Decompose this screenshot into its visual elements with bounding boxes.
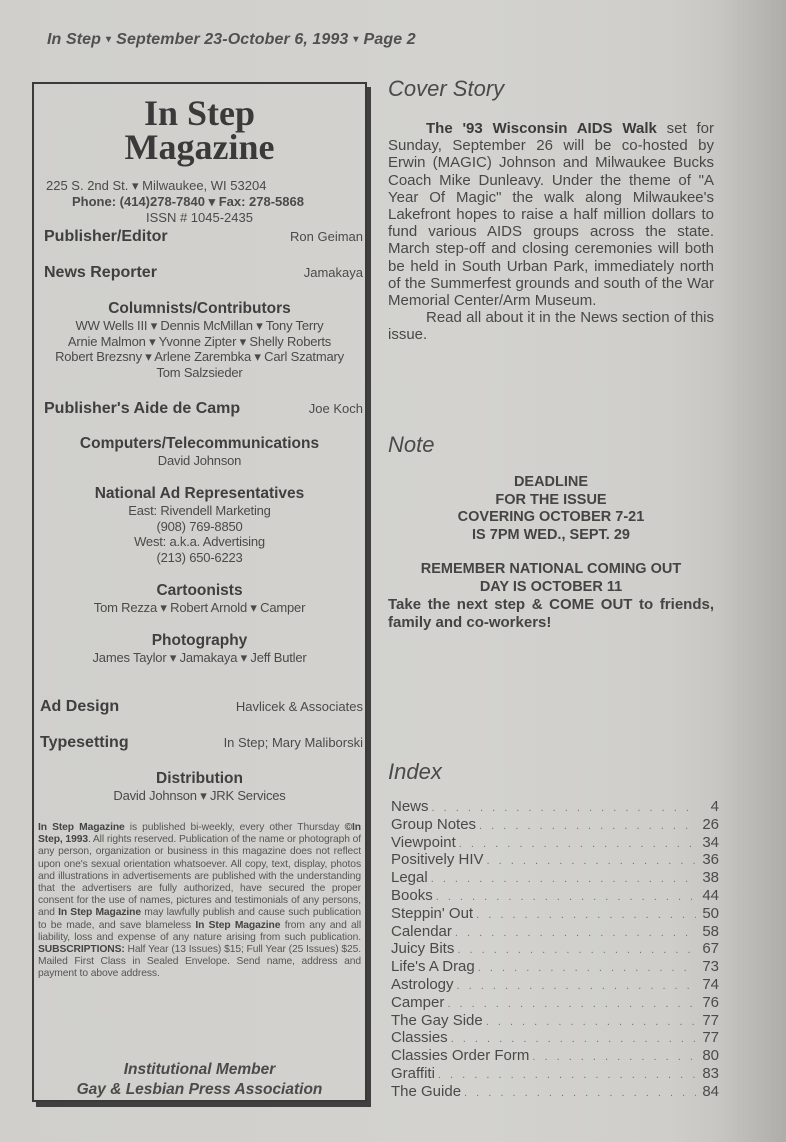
staff-name: In Step; Mary Maliborski <box>224 735 363 750</box>
cover-story-heading: Cover Story <box>388 76 504 102</box>
section-line: Tom Rezza ▾ Robert Arnold ▾ Camper <box>34 600 365 616</box>
index-item: Graffiti83 <box>391 1065 719 1083</box>
index-item: News4 <box>391 798 719 816</box>
staff-role: Publisher/Editor <box>44 228 168 246</box>
section-heading: Photography <box>34 632 365 650</box>
index-item: Calendar58 <box>391 923 719 941</box>
dot-leader <box>455 927 696 939</box>
index-item: Group Notes26 <box>391 816 719 834</box>
triangle-bullet-icon: ▾ <box>353 34 358 45</box>
section-photography: Photography James Taylor ▾ Jamakaya ▾ Je… <box>34 632 365 666</box>
deadline-line: IS 7PM WED., SEPT. 29 <box>388 527 714 545</box>
cover-story-body: The '93 Wisconsin AIDS Walk set for Sund… <box>388 120 714 344</box>
section-heading: Computers/Telecommunications <box>34 435 365 453</box>
index-item-name: Classies <box>391 1029 448 1046</box>
section-computers: Computers/Telecommunications David Johns… <box>34 435 365 469</box>
staff-row-typesetting: Typesetting In Step; Mary Maliborski <box>40 734 363 752</box>
dot-leader <box>457 980 696 992</box>
masthead-address: 225 S. 2nd St. ▾ Milwaukee, WI 53204 <box>46 178 266 194</box>
masthead-box: In Step Magazine 225 S. 2nd St. ▾ Milwau… <box>32 82 367 1102</box>
story-text: set for Sunday, September 26 will be co-… <box>388 120 714 309</box>
section-line: David Johnson ▾ JRK Services <box>34 788 365 804</box>
masthead-issn: ISSN # 1045-2435 <box>34 210 365 225</box>
folio-page: Page 2 <box>364 31 416 48</box>
index-item: Classies Order Form80 <box>391 1047 719 1065</box>
index-item: The Gay Side77 <box>391 1012 719 1030</box>
section-line: (213) 650-6223 <box>34 550 365 566</box>
staff-row-aide-de-camp: Publisher's Aide de Camp Joe Koch <box>44 400 363 418</box>
section-cartoonists: Cartoonists Tom Rezza ▾ Robert Arnold ▾ … <box>34 582 365 616</box>
folio-publication: In Step <box>47 31 101 48</box>
index-item-name: Graffiti <box>391 1065 435 1082</box>
section-line: West: a.k.a. Advertising <box>34 534 365 550</box>
index-item: The Guide84 <box>391 1083 719 1101</box>
index-item-name: Positively HIV <box>391 851 484 868</box>
staff-role: Publisher's Aide de Camp <box>44 400 240 418</box>
section-heading: Cartoonists <box>34 582 365 600</box>
remember-line: DAY IS OCTOBER 11 <box>388 579 714 597</box>
index-item-page: 84 <box>699 1083 719 1100</box>
publication-name: In Step Magazine <box>195 920 280 931</box>
index-item: Books44 <box>391 887 719 905</box>
section-heading: National Ad Representatives <box>34 485 365 503</box>
dot-leader <box>479 820 696 832</box>
index-item-page: 50 <box>699 905 719 922</box>
dot-leader <box>478 962 696 974</box>
staff-row-ad-design: Ad Design Havlicek & Associates <box>40 698 363 716</box>
section-line: Robert Brezsny ▾ Arlene Zarembka ▾ Carl … <box>34 349 365 365</box>
index-item-name: The Gay Side <box>391 1012 483 1029</box>
staff-role: Typesetting <box>40 734 129 752</box>
index-item: Viewpoint34 <box>391 834 719 852</box>
dot-leader <box>451 1033 696 1045</box>
index-item: Life's A Drag73 <box>391 958 719 976</box>
page-edge-shadow <box>716 0 786 1142</box>
publication-name: In Step Magazine <box>38 822 125 833</box>
index-item: Camper76 <box>391 994 719 1012</box>
page-folio: In Step▾September 23-October 6, 1993▾Pag… <box>47 31 416 49</box>
dot-leader <box>447 998 696 1010</box>
dot-leader <box>457 944 696 956</box>
index-list: News4Group Notes26Viewpoint34Positively … <box>391 798 719 1101</box>
staff-role: Ad Design <box>40 698 119 716</box>
folio-date: September 23-October 6, 1993 <box>116 31 348 48</box>
masthead-phone: Phone: (414)278-7840 ▾ Fax: 278-5868 <box>72 194 304 210</box>
dot-leader <box>476 909 696 921</box>
index-item: Astrology74 <box>391 976 719 994</box>
index-item-name: The Guide <box>391 1083 461 1100</box>
dot-leader <box>459 838 696 850</box>
index-item-page: 76 <box>699 994 719 1011</box>
index-item-name: Juicy Bits <box>391 940 454 957</box>
section-line: East: Rivendell Marketing <box>34 503 365 519</box>
press-association-membership: Institutional Member Gay & Lesbian Press… <box>34 1060 365 1100</box>
section-heading: Distribution <box>34 770 365 788</box>
index-item-page: 36 <box>699 851 719 868</box>
dot-leader <box>487 855 696 867</box>
member-line: Gay & Lesbian Press Association <box>34 1080 365 1100</box>
dot-leader <box>486 1016 696 1028</box>
index-item-page: 67 <box>699 940 719 957</box>
index-item-name: News <box>391 798 429 815</box>
masthead-title: In Step Magazine <box>34 96 365 164</box>
index-item: Juicy Bits67 <box>391 940 719 958</box>
index-item-name: Life's A Drag <box>391 958 475 975</box>
index-item-page: 58 <box>699 923 719 940</box>
index-item-page: 4 <box>699 798 719 815</box>
index-item-name: Camper <box>391 994 444 1011</box>
coming-out-day-notice: REMEMBER NATIONAL COMING OUT DAY IS OCTO… <box>388 561 714 596</box>
cover-story-paragraph: Read all about it in the News section of… <box>388 309 714 343</box>
section-line: Arnie Malmon ▾ Yvonne Zipter ▾ Shelly Ro… <box>34 334 365 350</box>
index-item-name: Viewpoint <box>391 834 456 851</box>
dot-leader <box>438 1069 696 1081</box>
index-item-name: Calendar <box>391 923 452 940</box>
cover-story-paragraph: The '93 Wisconsin AIDS Walk set for Sund… <box>388 120 714 309</box>
index-item-page: 77 <box>699 1012 719 1029</box>
section-line: David Johnson <box>34 453 365 469</box>
deadline-line: DEADLINE <box>388 474 714 492</box>
index-item-page: 38 <box>699 869 719 886</box>
masthead-title-line2: Magazine <box>34 130 365 164</box>
index-item-page: 73 <box>699 958 719 975</box>
dot-leader <box>436 891 696 903</box>
staff-role: News Reporter <box>44 264 157 282</box>
section-line: (908) 769-8850 <box>34 519 365 535</box>
index-item-name: Books <box>391 887 433 904</box>
index-item: Steppin' Out50 <box>391 905 719 923</box>
dot-leader <box>464 1087 696 1099</box>
index-item-page: 80 <box>699 1047 719 1064</box>
index-item-page: 34 <box>699 834 719 851</box>
take-step-message: Take the next step & COME OUT to friends… <box>388 596 714 632</box>
publication-name: In Step Magazine <box>58 907 141 918</box>
index-item-name: Legal <box>391 869 428 886</box>
dot-leader <box>432 802 696 814</box>
subscriptions-label: SUBSCRIPTIONS: <box>38 944 125 955</box>
staff-name: Joe Koch <box>309 401 363 416</box>
index-item-page: 74 <box>699 976 719 993</box>
index-item-name: Classies Order Form <box>391 1047 529 1064</box>
deadline-line: FOR THE ISSUE <box>388 492 714 510</box>
triangle-bullet-icon: ▾ <box>106 34 111 45</box>
member-line: Institutional Member <box>34 1060 365 1080</box>
index-item-name: Astrology <box>391 976 454 993</box>
note-heading: Note <box>388 432 434 458</box>
index-item-name: Steppin' Out <box>391 905 473 922</box>
legal-fine-print: In Step Magazine is published bi-weekly,… <box>38 822 361 981</box>
index-item-page: 83 <box>699 1065 719 1082</box>
story-lead: The '93 Wisconsin AIDS Walk <box>426 120 657 137</box>
staff-name: Jamakaya <box>304 265 363 280</box>
index-heading: Index <box>388 759 442 785</box>
fine-print-text: . All rights reserved. Publication of th… <box>38 834 361 918</box>
index-item-page: 26 <box>699 816 719 833</box>
masthead-title-line1: In Step <box>34 96 365 130</box>
index-item: Classies77 <box>391 1029 719 1047</box>
fine-print-text: is published bi-weekly, every other Thur… <box>125 822 345 833</box>
deadline-notice: DEADLINE FOR THE ISSUE COVERING OCTOBER … <box>388 474 714 544</box>
section-ad-representatives: National Ad Representatives East: Rivend… <box>34 485 365 565</box>
staff-row-publisher: Publisher/Editor Ron Geiman <box>44 228 363 246</box>
index-item-page: 77 <box>699 1029 719 1046</box>
deadline-line: COVERING OCTOBER 7-21 <box>388 509 714 527</box>
index-item-name: Group Notes <box>391 816 476 833</box>
index-item: Positively HIV36 <box>391 851 719 869</box>
index-item-page: 44 <box>699 887 719 904</box>
staff-name: Ron Geiman <box>290 229 363 244</box>
dot-leader <box>532 1051 696 1063</box>
index-item: Legal38 <box>391 869 719 887</box>
remember-line: REMEMBER NATIONAL COMING OUT <box>388 561 714 579</box>
section-distribution: Distribution David Johnson ▾ JRK Service… <box>34 770 365 804</box>
section-heading: Columnists/Contributors <box>34 300 365 318</box>
section-columnists: Columnists/Contributors WW Wells III ▾ D… <box>34 300 365 380</box>
dot-leader <box>431 873 696 885</box>
section-line: James Taylor ▾ Jamakaya ▾ Jeff Butler <box>34 650 365 666</box>
staff-name: Havlicek & Associates <box>236 699 363 714</box>
section-line: Tom Salzsieder <box>34 365 365 381</box>
section-line: WW Wells III ▾ Dennis McMillan ▾ Tony Te… <box>34 318 365 334</box>
staff-row-news-reporter: News Reporter Jamakaya <box>44 264 363 282</box>
